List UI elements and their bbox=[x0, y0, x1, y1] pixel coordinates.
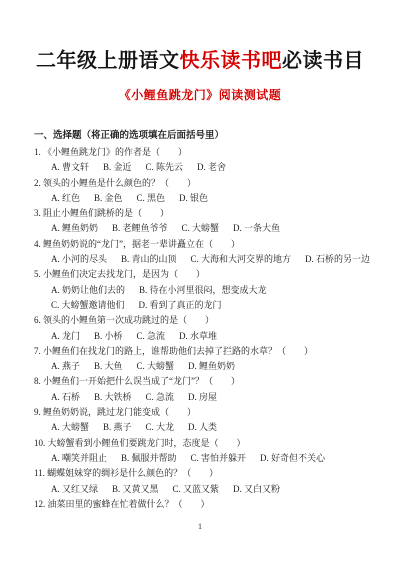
question-list: 1. 《小鲤鱼跳龙门》的作者是（ ）A. 曹文轩B. 金近C. 陈先云D. 老舍… bbox=[34, 145, 366, 512]
option: A. 嘲笑并阻止 bbox=[51, 451, 107, 466]
question-text: 9. 鲤鱼奶奶说，跳过龙门能变成（ ） bbox=[34, 405, 366, 420]
option: A. 石桥 bbox=[51, 390, 80, 405]
option: D. 一条大鱼 bbox=[233, 221, 280, 236]
option: D. 好奇但不关心 bbox=[260, 451, 325, 466]
option-row: A. 又红又绿B. 又黄又黑C. 又蓝又紫D. 又白又粉 bbox=[34, 482, 366, 497]
option: A. 燕子 bbox=[51, 359, 80, 374]
option: A. 红色 bbox=[51, 191, 80, 206]
question-text: 10. 大螃蟹看到小鲤鱼们要跳龙门时，态度是（ ） bbox=[34, 436, 366, 451]
option-row: A. 红色B. 金色C. 黑色D. 银色 bbox=[34, 191, 366, 206]
option: D. 人类 bbox=[188, 420, 217, 435]
question-text: 4. 鲤鱼奶奶说的“龙门”，据老一辈讲矗立在（ ） bbox=[34, 237, 366, 252]
option: B. 大铁桥 bbox=[94, 390, 132, 405]
option: B. 又黄又黑 bbox=[112, 482, 159, 497]
option: B. 燕子 bbox=[103, 420, 132, 435]
option: A. 奶奶让他们去的 bbox=[51, 283, 125, 298]
option: C. 害怕并躲开 bbox=[191, 451, 247, 466]
option: C. 黑色 bbox=[137, 191, 166, 206]
option: D. 鲤鱼奶奶 bbox=[188, 359, 235, 374]
question-text: 5. 小鲤鱼们决定去找龙门，是因为（ ） bbox=[34, 267, 366, 282]
option-row: A. 曹文轩B. 金近C. 陈先云D. 老舍 bbox=[34, 160, 366, 175]
option: A. 曹文轩 bbox=[51, 160, 89, 175]
question-text: 1. 《小鲤鱼跳龙门》的作者是（ ） bbox=[34, 145, 366, 160]
option: D. 又白又粉 bbox=[233, 482, 280, 497]
option: D. 水草堆 bbox=[179, 329, 217, 344]
option: A. 龙门 bbox=[51, 329, 80, 344]
option: B. 青山的山顶 bbox=[121, 252, 177, 267]
option: C. 大海和大河交界的地方 bbox=[191, 252, 292, 267]
title-suffix: 必读书目 bbox=[282, 50, 364, 72]
option: A. 鲤鱼奶奶 bbox=[51, 221, 98, 236]
question-text: 3. 阻止小鲤鱼们跳桥的是（ ） bbox=[34, 206, 366, 221]
option-row: C. 大螃蟹邀请他们D. 看到了真正的龙门 bbox=[34, 298, 366, 313]
title-highlight: 快乐读书吧 bbox=[180, 50, 283, 72]
option-row: A. 石桥B. 大铁桥C. 急流D. 房屋 bbox=[34, 390, 366, 405]
option: D. 银色 bbox=[179, 191, 208, 206]
question-text: 8. 小鲤鱼们一开始把什么误当成了“龙门”？（ ） bbox=[34, 374, 366, 389]
option-row: A. 大螃蟹B. 燕子C. 大龙D. 人类 bbox=[34, 420, 366, 435]
option: B. 佩服并帮助 bbox=[121, 451, 177, 466]
option: C. 大龙 bbox=[146, 420, 175, 435]
question-text: 11. 蝴蝶姐妹穿的绸衫是什么颜色的？（ ） bbox=[34, 466, 366, 481]
option: B. 金近 bbox=[103, 160, 132, 175]
option: D. 石桥的另一边 bbox=[305, 252, 370, 267]
document-subtitle: 《小鲤鱼跳龙门》阅读测试题 bbox=[0, 86, 400, 103]
option-row: A. 嘲笑并阻止B. 佩服并帮助C. 害怕并躲开D. 好奇但不关心 bbox=[34, 451, 366, 466]
option: D. 看到了真正的龙门 bbox=[139, 298, 222, 313]
option: B. 待在小河里很闷，想变成大龙 bbox=[139, 283, 267, 298]
option: A. 小河的尽头 bbox=[51, 252, 107, 267]
option: C. 陈先云 bbox=[146, 160, 184, 175]
title-prefix: 二年级上册语文 bbox=[36, 50, 180, 72]
option: C. 急流 bbox=[137, 329, 166, 344]
option: A. 又红又绿 bbox=[51, 482, 98, 497]
document-page: 二年级上册语文快乐读书吧必读书目 《小鲤鱼跳龙门》阅读测试题 一、选择题（将正确… bbox=[0, 0, 400, 566]
option-row: A. 鲤鱼奶奶B. 老鲤鱼爷爷C. 大螃蟹D. 一条大鱼 bbox=[34, 221, 366, 236]
option: B. 小桥 bbox=[94, 329, 123, 344]
option: B. 老鲤鱼爷爷 bbox=[112, 221, 168, 236]
option: C. 急流 bbox=[146, 390, 175, 405]
option: C. 大螃蟹 bbox=[137, 359, 175, 374]
question-text: 2. 领头的小鲤鱼是什么颜色的？（ ） bbox=[34, 176, 366, 191]
section-title: 一、选择题（将正确的选项填在后面括号里） bbox=[34, 129, 366, 144]
option: D. 老舍 bbox=[197, 160, 226, 175]
option: C. 大螃蟹 bbox=[182, 221, 220, 236]
option: B. 大鱼 bbox=[94, 359, 123, 374]
option: C. 又蓝又紫 bbox=[173, 482, 220, 497]
option: C. 大螃蟹邀请他们 bbox=[51, 298, 125, 313]
option-row: A. 燕子B. 大鱼C. 大螃蟹D. 鲤鱼奶奶 bbox=[34, 359, 366, 374]
option-row: A. 奶奶让他们去的B. 待在小河里很闷，想变成大龙 bbox=[34, 283, 366, 298]
question-text: 12. 油菜田里的蜜蜂在忙着做什么？（ ） bbox=[34, 497, 366, 512]
option: B. 金色 bbox=[94, 191, 123, 206]
page-number: 1 bbox=[0, 521, 400, 531]
question-text: 6. 领头的小鲤鱼第一次成功跳过的是（ ） bbox=[34, 313, 366, 328]
quiz-content: 一、选择题（将正确的选项填在后面括号里） 1. 《小鲤鱼跳龙门》的作者是（ ）A… bbox=[0, 129, 400, 512]
document-title: 二年级上册语文快乐读书吧必读书目 bbox=[0, 44, 400, 73]
question-text: 7. 小鲤鱼们在找龙门的路上，谁帮助他们去掉了拦路的水草？（ ） bbox=[34, 344, 366, 359]
option-row: A. 龙门B. 小桥C. 急流D. 水草堆 bbox=[34, 329, 366, 344]
option-row: A. 小河的尽头B. 青山的山顶C. 大海和大河交界的地方D. 石桥的另一边 bbox=[34, 252, 366, 267]
option: A. 大螃蟹 bbox=[51, 420, 89, 435]
option: D. 房屋 bbox=[188, 390, 217, 405]
